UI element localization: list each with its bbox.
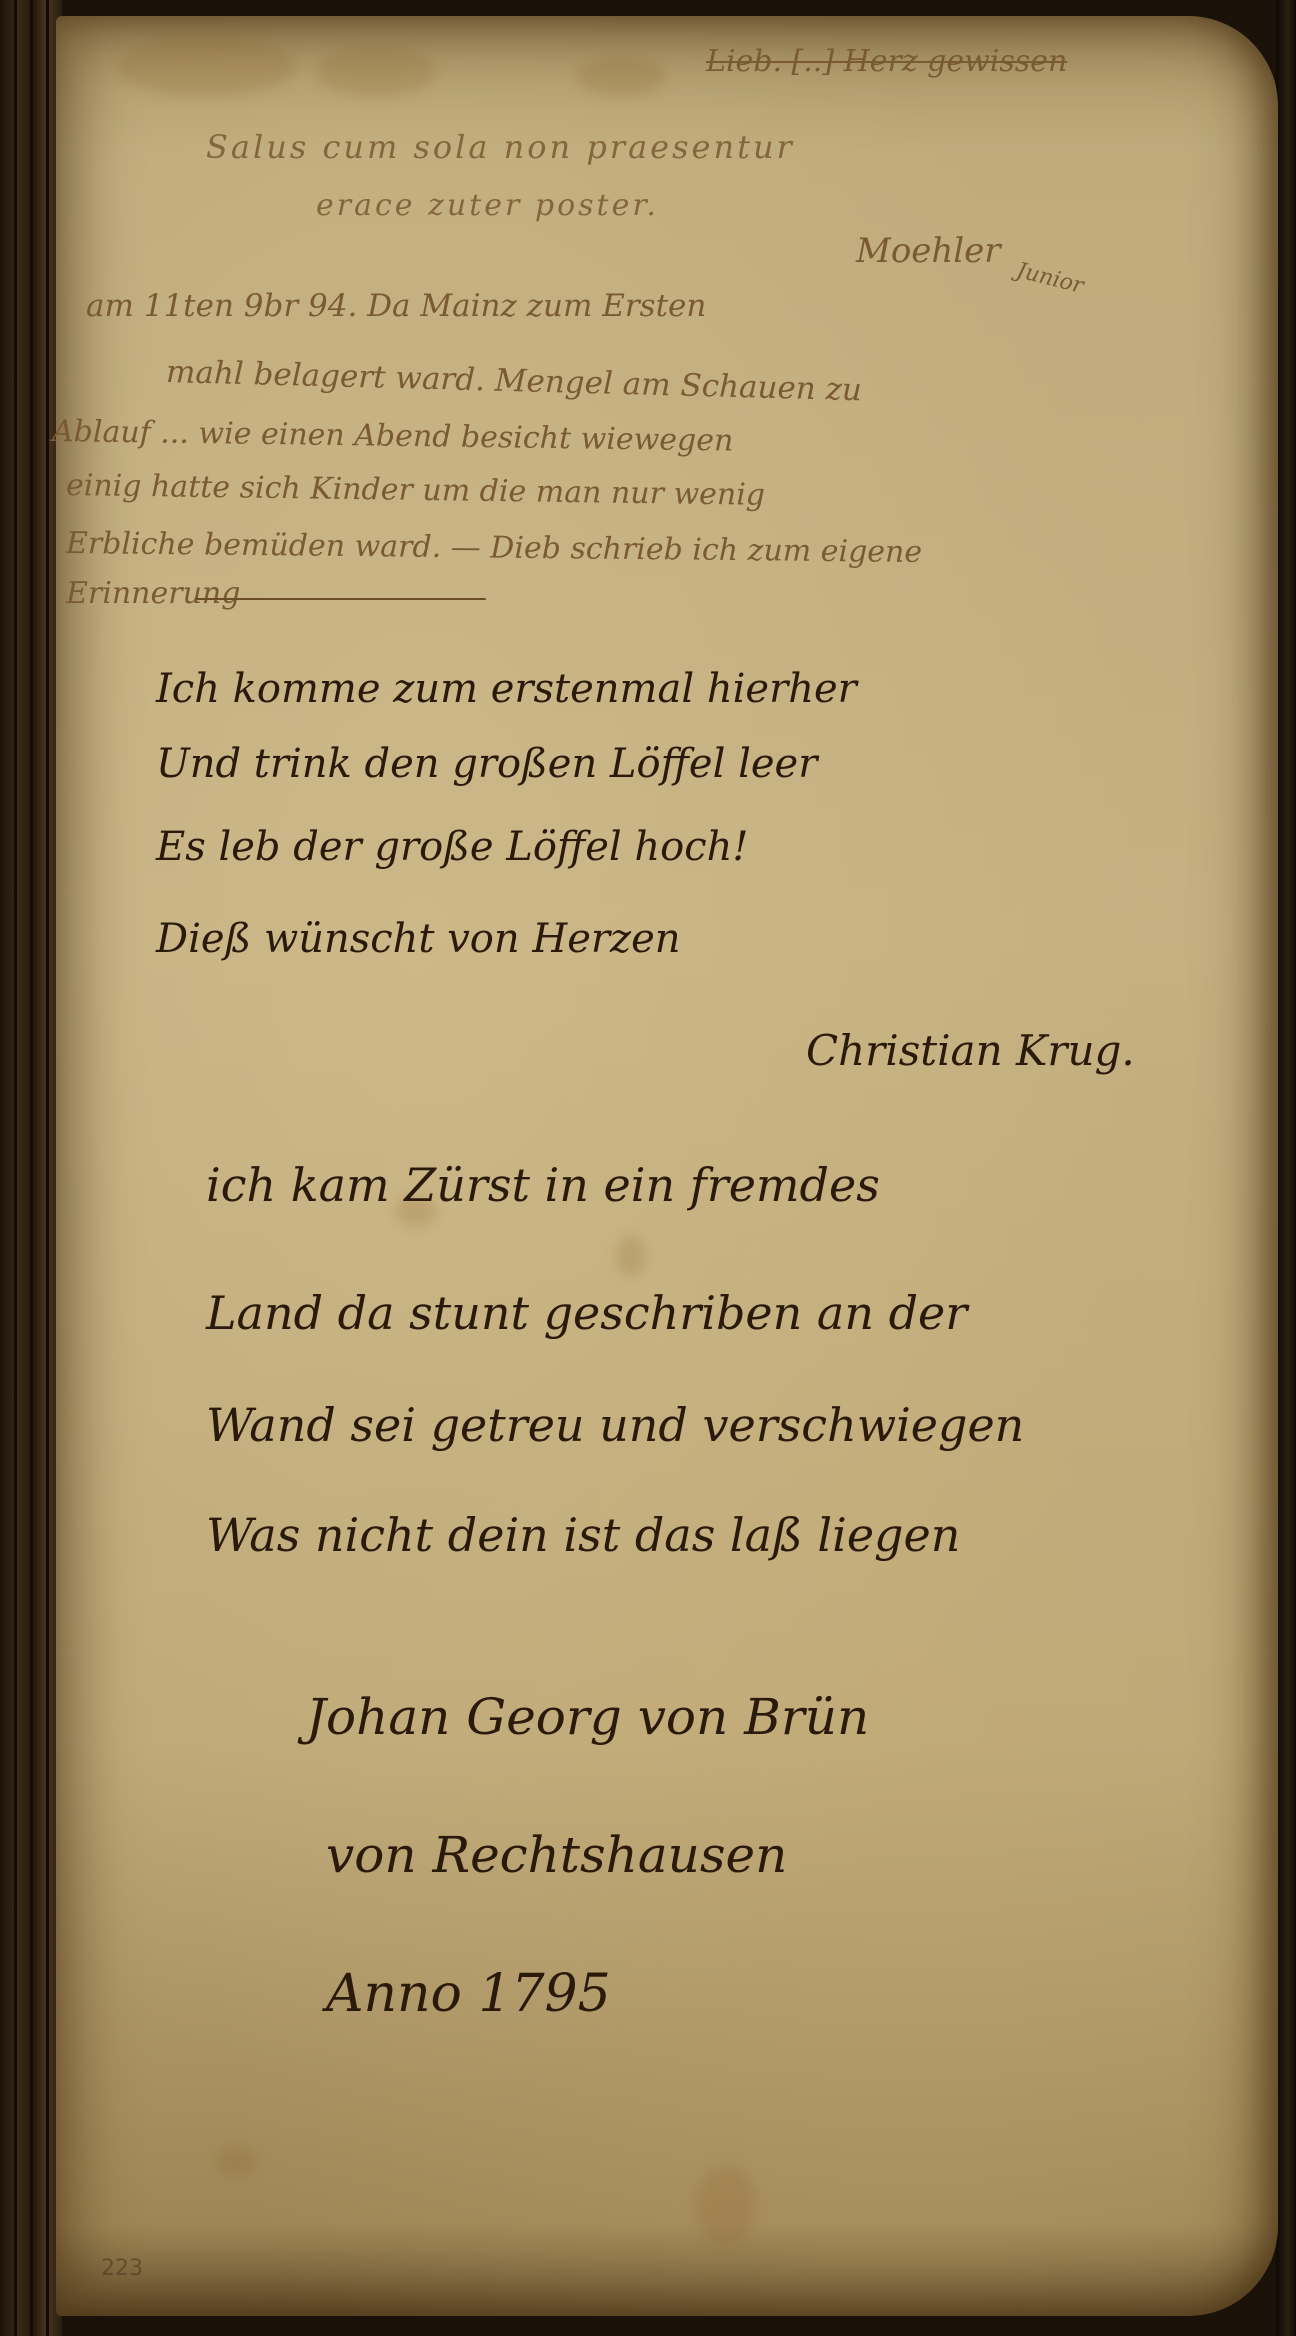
verse1-line-4: Dieß wünscht von Herzen [156,916,681,962]
verse1-line-3: Es leb der große Löffel hoch! [156,824,749,870]
motto-signature-suffix: Junior [1014,258,1086,299]
closing-line-1: Johan Georg von Brün [306,1688,869,1746]
motto-line-2: erace zuter poster. [316,188,659,223]
verse2-line-1: ich kam Zürst in ein fremdes [206,1158,880,1212]
entry-underline [196,598,486,600]
motto-signature: Moehler [856,231,1001,271]
verse1-line-1: Ich komme zum erstenmal hierher [156,666,857,712]
entry-line-3: Ablauf ... wie einen Abend besicht wiewe… [52,414,734,459]
closing-line-3: Anno 1795 [326,1964,611,2024]
book-binding [0,0,62,2336]
header-note: Lieb. [..] Herz gewissen [706,44,1067,79]
entry-line-1: am 11ten 9br 94. Da Mainz zum Ersten [86,288,706,324]
page-number: 223 [101,2256,143,2281]
closing-line-2: von Rechtshausen [326,1826,787,1884]
verse1-signature: Christian Krug. [806,1026,1135,1075]
motto-line-1: Salus cum sola non praesentur [206,128,795,166]
entry-line-4: einig hatte sich Kinder um die man nur w… [66,468,766,513]
entry-line-2: mahl belagert ward. Mengel am Schauen zu [166,354,863,408]
verse2-line-3: Wand sei getreu und verschwiegen [206,1398,1024,1452]
next-page-edge [1276,0,1296,2336]
verse2-line-2: Land da stunt geschriben an der [206,1286,967,1340]
verse2-line-4: Was nicht dein ist das laß liegen [206,1508,960,1562]
manuscript-page: Lieb. [..] Herz gewissen Salus cum sola … [56,16,1278,2316]
verse1-line-2: Und trink den großen Löffel leer [156,741,817,787]
entry-line-6: Erinnerung [66,576,240,611]
entry-line-5: Erbliche bemüden ward. — Dieb schrieb ic… [66,526,922,570]
